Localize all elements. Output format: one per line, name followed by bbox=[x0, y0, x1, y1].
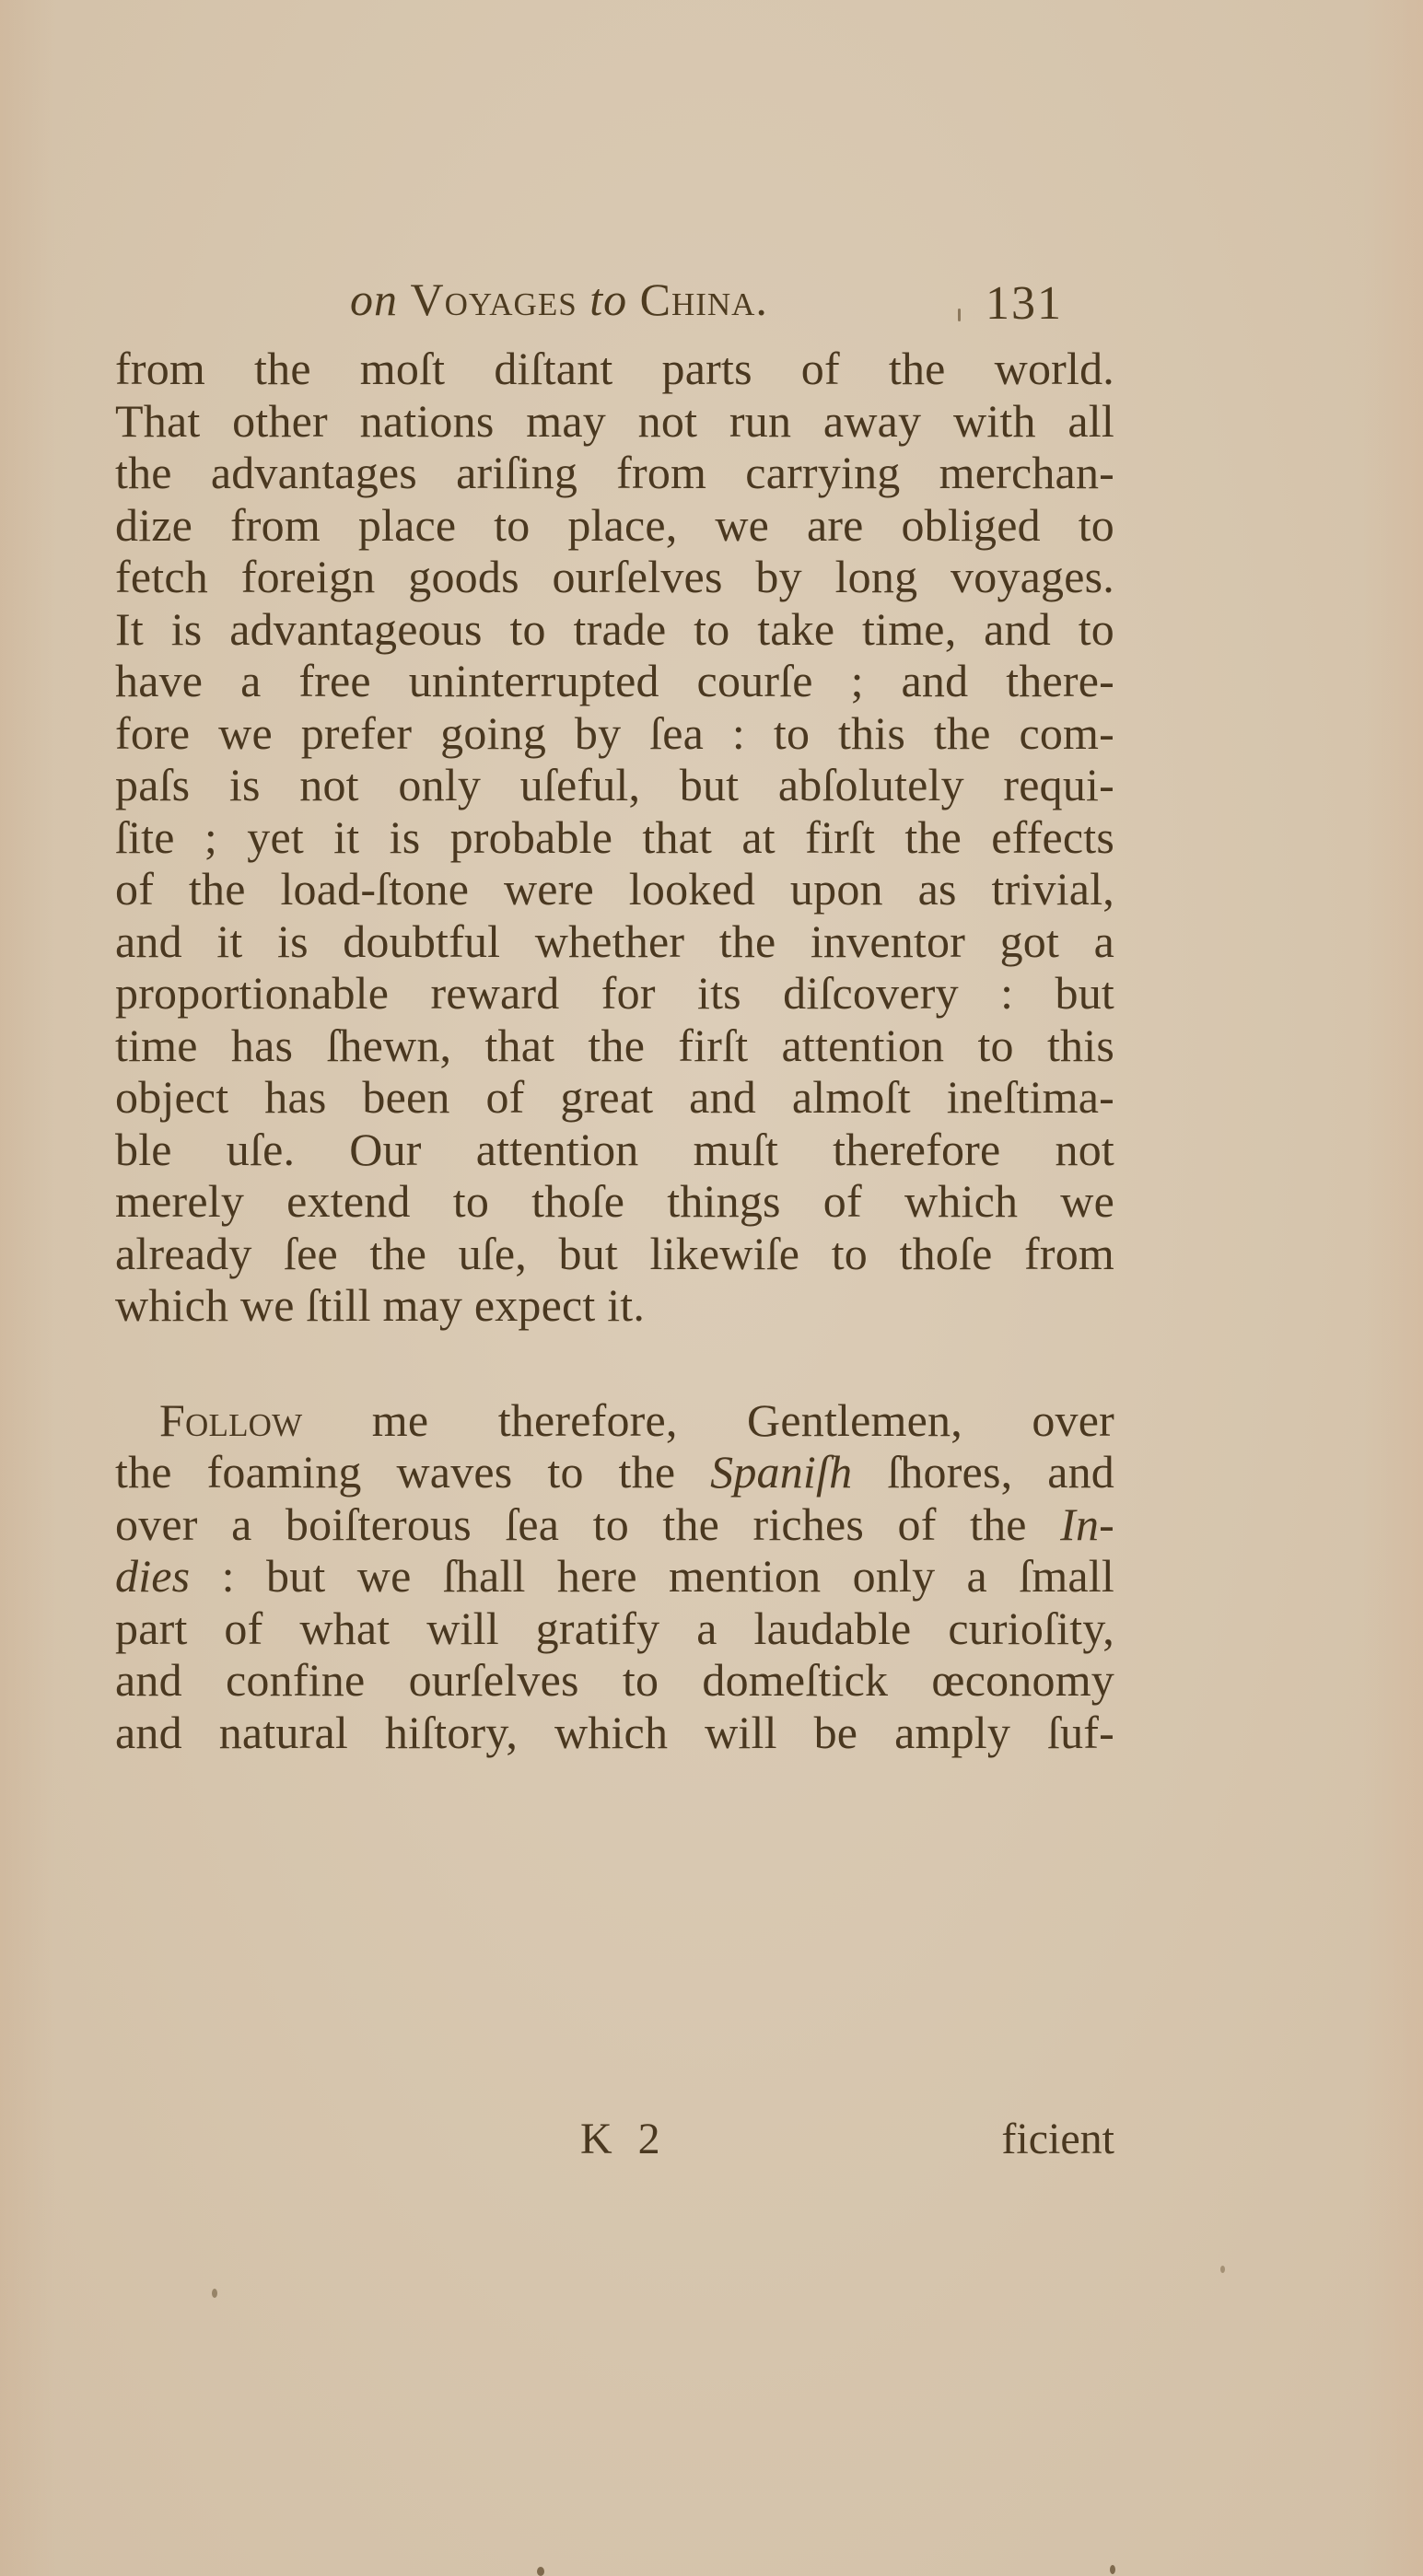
line-text: and confine ourſelves to domeſtick œcono… bbox=[115, 1654, 1114, 1706]
text-line: which we ſtill may expect it. bbox=[115, 1279, 1114, 1332]
text-line: merely extend to thoſe things of which w… bbox=[115, 1175, 1114, 1228]
text-line: fore we prefer going by ſea : to this th… bbox=[115, 707, 1114, 760]
text-line: have a free uninterrupted courſe ; and t… bbox=[115, 655, 1114, 707]
small-caps-word: Follow bbox=[159, 1394, 302, 1446]
italic-word: In- bbox=[1060, 1498, 1114, 1550]
running-title: on Voyages to China. bbox=[350, 273, 768, 326]
line-text: me therefore, Gentlemen, over bbox=[302, 1394, 1114, 1446]
text-line: part of what will gratify a laudable cur… bbox=[115, 1603, 1114, 1655]
text-line: and natural hiſtory, which will be amply… bbox=[115, 1707, 1114, 1759]
text-line: proportionable reward for its diſcovery … bbox=[115, 967, 1114, 1020]
line-text: : but we ſhall here mention only a ſmall bbox=[190, 1550, 1114, 1602]
running-title-end: China. bbox=[640, 274, 768, 325]
page-number: 131 bbox=[986, 276, 1063, 331]
paragraph-2: Follow me therefore, Gentlemen, over the… bbox=[115, 1394, 1114, 1759]
running-title-prefix: on bbox=[350, 274, 398, 325]
text-line: paſs is not only uſeful, but abſolutely … bbox=[115, 759, 1114, 811]
line-text: part of what will gratify a laudable cur… bbox=[115, 1603, 1114, 1654]
text-line: from the moſt diſtant parts of the world… bbox=[115, 343, 1114, 395]
body-text: from the moſt diſtant parts of the world… bbox=[115, 343, 1114, 1758]
running-title-connector: to bbox=[589, 274, 627, 325]
paragraph-gap bbox=[115, 1332, 1114, 1394]
text-line: dize from place to place, we are obliged… bbox=[115, 499, 1114, 552]
paper-speck bbox=[958, 309, 961, 321]
text-line: ble uſe. Our attention muſt therefore no… bbox=[115, 1124, 1114, 1176]
text-line: That other nations may not run away with… bbox=[115, 395, 1114, 448]
text-line: Follow me therefore, Gentlemen, over bbox=[115, 1394, 1114, 1447]
text-line: the advantages ariſing from carrying mer… bbox=[115, 447, 1114, 499]
paragraph-1: from the moſt diſtant parts of the world… bbox=[115, 343, 1114, 1332]
paper-speck bbox=[212, 2289, 217, 2298]
text-line: It is advantageous to trade to take time… bbox=[115, 603, 1114, 656]
line-text: over a boiſterous ſea to the riches of t… bbox=[115, 1498, 1060, 1550]
text-line: already ſee the uſe, but likewiſe to tho… bbox=[115, 1228, 1114, 1280]
text-line: over a boiſterous ſea to the riches of t… bbox=[115, 1498, 1114, 1551]
text-line: time has ſhewn, that the firſt attention… bbox=[115, 1020, 1114, 1072]
text-line: dies : but we ſhall here mention only a … bbox=[115, 1550, 1114, 1603]
paper-speck bbox=[1220, 2266, 1225, 2273]
paper-speck bbox=[1110, 2565, 1115, 2574]
text-line: and it is doubtful whether the inventor … bbox=[115, 915, 1114, 968]
line-text: and natural hiſtory, which will be amply… bbox=[115, 1707, 1114, 1758]
italic-word: Spaniſh bbox=[710, 1446, 852, 1498]
text-line: ſite ; yet it is probable that at firſt … bbox=[115, 811, 1114, 864]
text-line: object has been of great and almoſt ineſ… bbox=[115, 1071, 1114, 1124]
text-line: and confine ourſelves to domeſtick œcono… bbox=[115, 1654, 1114, 1707]
italic-word: dies bbox=[115, 1550, 190, 1602]
text-line: of the load-ſtone were looked upon as tr… bbox=[115, 863, 1114, 915]
running-title-main: Voyages bbox=[411, 274, 577, 325]
book-page: on Voyages to China. 131 from the moſt d… bbox=[0, 0, 1423, 2576]
page-footer: K 2 ficient bbox=[115, 2114, 1114, 2169]
line-text: ſhores, and bbox=[852, 1446, 1114, 1498]
text-line: fetch foreign goods ourſelves by long vo… bbox=[115, 551, 1114, 603]
line-text: the foaming waves to the bbox=[115, 1446, 710, 1498]
signature-mark: K 2 bbox=[580, 2114, 668, 2164]
running-head: on Voyages to China. 131 bbox=[350, 273, 1179, 346]
paper-speck bbox=[537, 2567, 544, 2576]
text-line: the foaming waves to the Spaniſh ſhores,… bbox=[115, 1446, 1114, 1498]
catchword: ficient bbox=[1001, 2114, 1114, 2164]
